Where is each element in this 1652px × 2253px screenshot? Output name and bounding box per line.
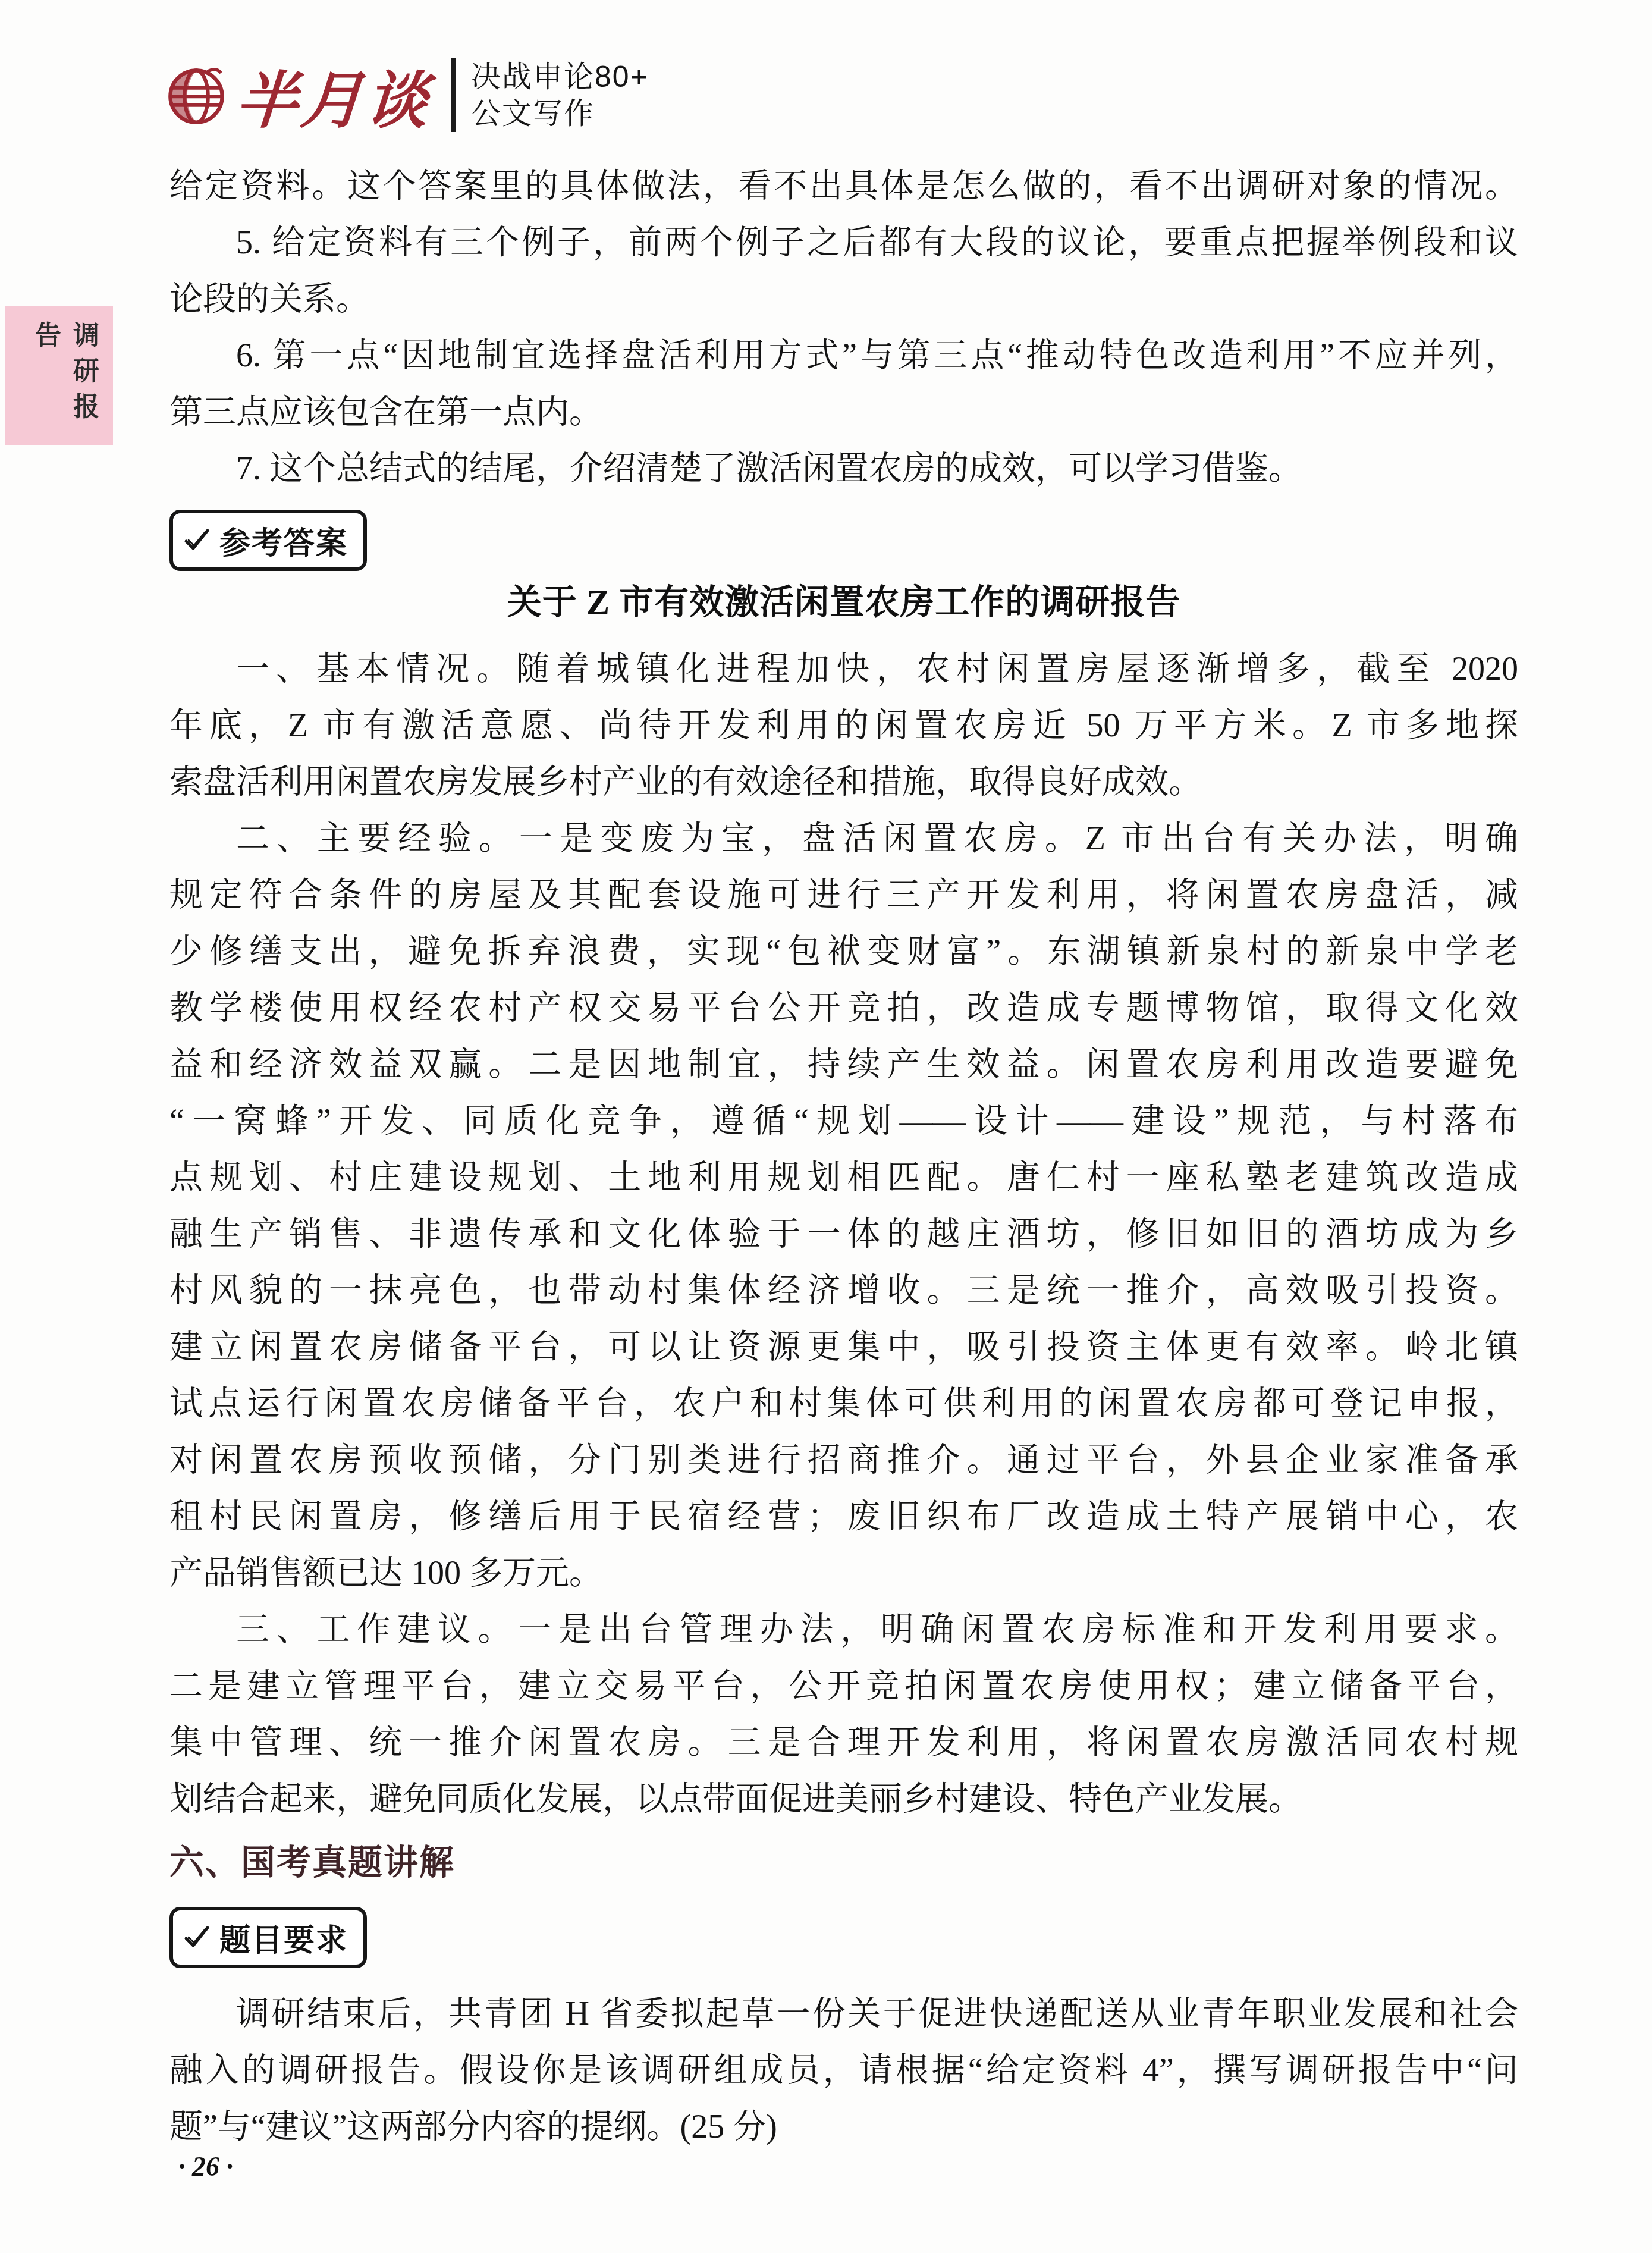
requirement-badge-label: 题目要求 — [219, 1915, 348, 1960]
spacer — [169, 1969, 1518, 1986]
answer-badge-label: 参考答案 — [219, 518, 348, 563]
page-number: · 26 · — [178, 2151, 233, 2182]
text-line: 租村民闲置房，修缮后用于民宿经营；废旧织布厂改造成土特产展销中心，农 — [169, 1489, 1518, 1545]
book-page: 半月谈 决战申论80+ 公文写作 调研报告 给定资料。这个答案里的具体做法，看不… — [0, 0, 1652, 2253]
text-line: 二是建立管理平台，建立交易平台，公开竞拍闲置农房使用权；建立储备平台， — [169, 1658, 1518, 1715]
chapter-side-tab-label: 调研报告 — [26, 321, 102, 445]
answer-title: 关于 Z 市有效激活闲置农房工作的调研报告 — [169, 572, 1518, 633]
text-line: 教学楼使用权经农村产权交易平台公开竞拍，改造成专题博物馆，取得文化效 — [169, 980, 1518, 1037]
text-line: 少修缮支出，避免拆弃浪费，实现“包袱变财富”。东湖镇新泉村的新泉中学老 — [169, 924, 1518, 980]
answer-badge-row: 参考答案 — [169, 512, 1518, 569]
text-line: 益和经济效益双赢。二是因地制宜，持续产生效益。闲置农房利用改造要避免 — [169, 1037, 1518, 1093]
text-line: 产品销售额已达 100 多万元。 — [169, 1545, 1518, 1602]
text-line: 集中管理、统一推介闲置农房。三是合理开发利用，将闲置农房激活同农村规 — [169, 1715, 1518, 1771]
text-line: 点规划、村庄建设规划、土地利用规划相匹配。唐仁村一座私塾老建筑改造成 — [169, 1150, 1518, 1206]
header-taglines: 决战申论80+ 公文写作 — [471, 58, 649, 132]
text-line: 村风貌的一抹亮色，也带动村集体经济增收。三是统一推介，高效吸引投资。 — [169, 1263, 1518, 1319]
text-line: 年底，Z 市有激活意愿、尚待开发利用的闲置农房近 50 万平方米。Z 市多地探 — [169, 698, 1518, 754]
text-line: 给定资料。这个答案里的具体做法，看不出具体是怎么做的，看不出调研对象的情况。 — [169, 158, 1518, 215]
header-divider — [451, 58, 456, 132]
requirement-badge: 题目要求 — [169, 1907, 367, 1968]
text-line: 二、主要经验。一是变废为宝，盘活闲置农房。Z 市出台有关办法，明确 — [169, 811, 1518, 867]
text-line: 试点运行闲置农房储备平台，农户和村集体可供利用的闲置农房都可登记申报， — [169, 1376, 1518, 1432]
text-line: 第三点应该包含在第一点内。 — [169, 384, 1518, 441]
chapter-side-tab: 调研报告 — [5, 306, 113, 445]
text-line: 7. 这个总结式的结尾，介绍清楚了激活闲置农房的成效，可以学习借鉴。 — [169, 441, 1518, 497]
check-icon — [183, 526, 211, 554]
text-line: 调研结束后，共青团 H 省委拟起草一份关于促进快递配送从业青年职业发展和社会 — [169, 1986, 1518, 2042]
text-line: 融入的调研报告。假设你是该调研组成员，请根据“给定资料 4”，撰写调研报告中“问 — [169, 2042, 1518, 2099]
text-line: 6. 第一点“因地制宜选择盘活利用方式”与第三点“推动特色改造利用”不应并列， — [169, 328, 1518, 384]
section-heading: 六、国考真题讲解 — [169, 1831, 1518, 1894]
logo-banyuetan: 半月谈 — [234, 51, 435, 140]
globe-icon — [165, 64, 227, 126]
text-line: 建立闲置农房储备平台，可以让资源更集中，吸引投资主体更有效率。岭北镇 — [169, 1319, 1518, 1376]
text-line: 规定符合条件的房屋及其配套设施可进行三产开发利用，将闲置农房盘活，减 — [169, 867, 1518, 924]
text-line: 划结合起来，避免同质化发展，以点带面促进美丽乡村建设、特色产业发展。 — [169, 1771, 1518, 1828]
text-line: 融生产销售、非遗传承和文化体验于一体的越庄酒坊，修旧如旧的酒坊成为乡 — [169, 1206, 1518, 1263]
edition-subtitle: 公文写作 — [471, 95, 649, 132]
requirement-badge-row: 题目要求 — [169, 1909, 1518, 1966]
page-header: 半月谈 决战申论80+ 公文写作 — [165, 51, 649, 139]
text-line: 5. 给定资料有三个例子，前两个例子之后都有大段的议论，要重点把握举例段和议 — [169, 215, 1518, 271]
text-line: 对闲置农房预收预储，分门别类进行招商推介。通过平台，外县企业家准备承 — [169, 1432, 1518, 1489]
edition-title: 决战申论80+ — [471, 58, 649, 95]
answer-badge: 参考答案 — [169, 510, 367, 571]
text-line: “一窝蜂”开发、同质化竞争，遵循“规划——设计——建设”规范，与村落布 — [169, 1093, 1518, 1150]
page-content: 给定资料。这个答案里的具体做法，看不出具体是怎么做的，看不出调研对象的情况。 5… — [169, 158, 1518, 2155]
text-line: 题”与“建议”这两部分内容的提纲。(25 分) — [169, 2099, 1518, 2155]
text-line: 论段的关系。 — [169, 271, 1518, 328]
text-line: 一、基本情况。随着城镇化进程加快，农村闲置房屋逐渐增多，截至 2020 — [169, 641, 1518, 698]
check-icon — [183, 1923, 211, 1951]
text-line: 三、工作建议。一是出台管理办法，明确闲置农房标准和开发利用要求。 — [169, 1602, 1518, 1658]
text-line: 索盘活利用闲置农房发展乡村产业的有效途径和措施，取得良好成效。 — [169, 754, 1518, 811]
